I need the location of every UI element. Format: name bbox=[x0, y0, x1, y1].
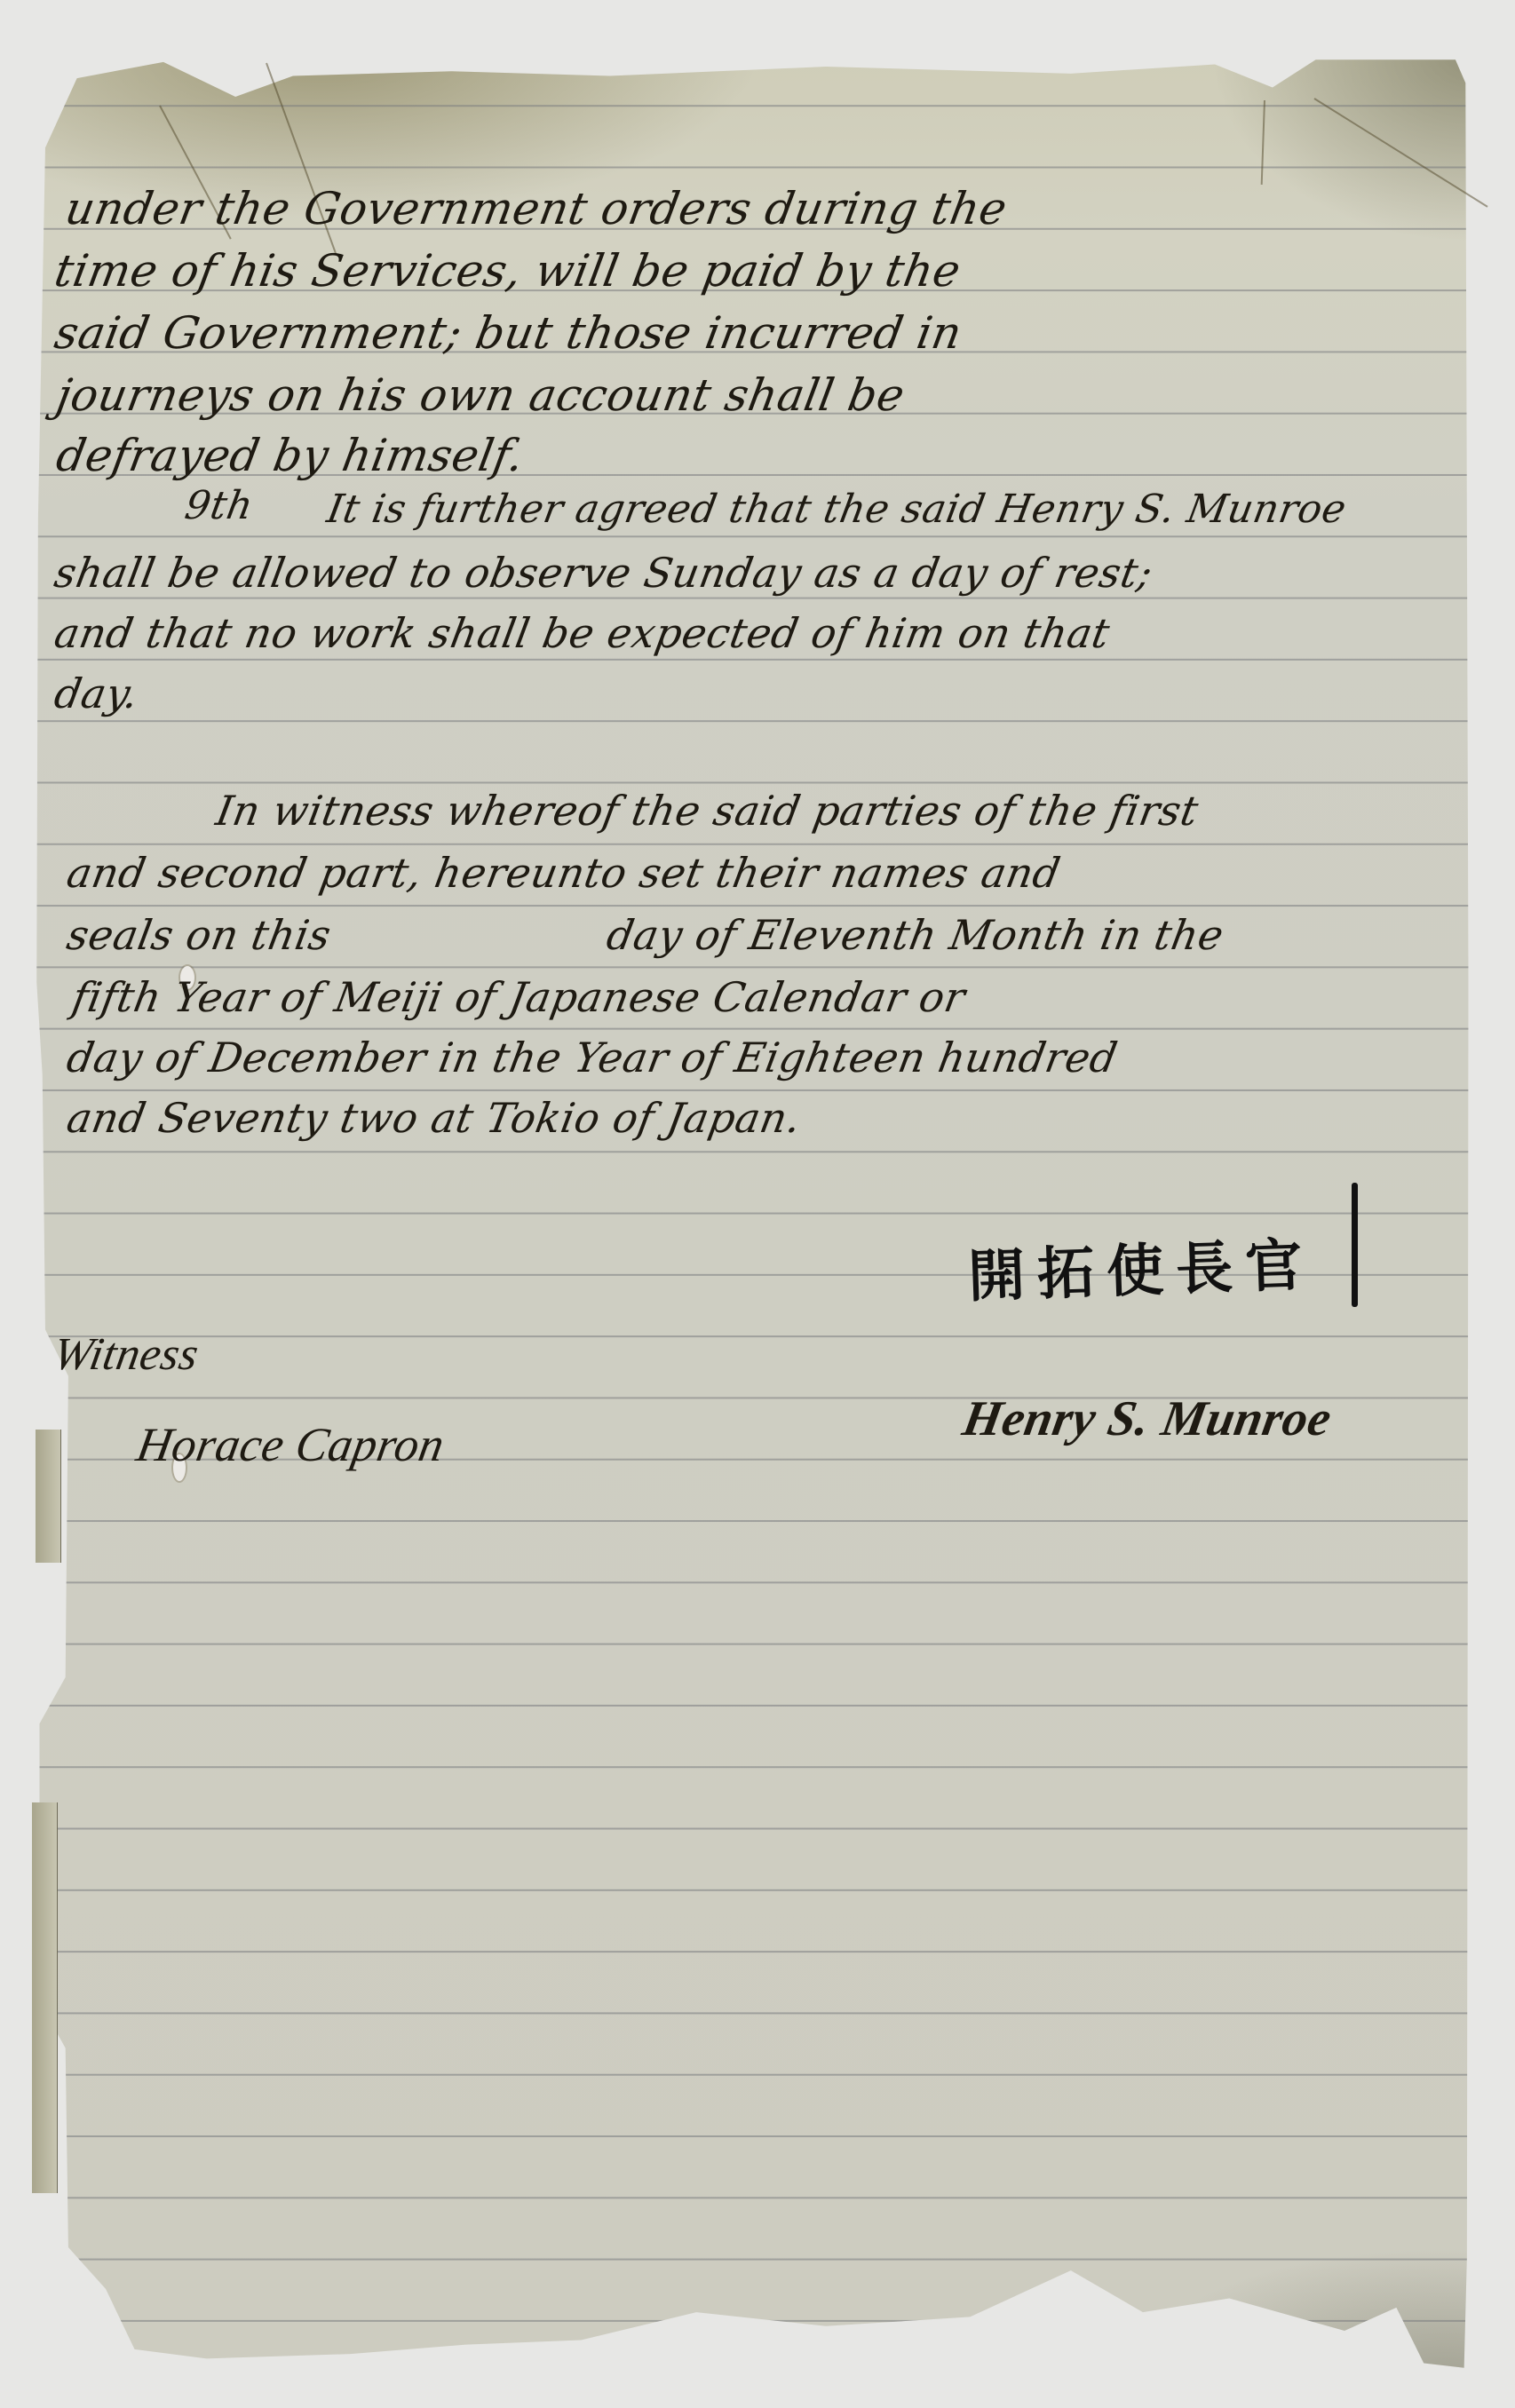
repair-strip bbox=[36, 1430, 61, 1563]
text-line: fifth Year of Meiji of Japanese Calendar… bbox=[69, 977, 968, 1018]
text-line: journeys on his own account shall be bbox=[53, 373, 908, 417]
signer-signature: Henry S. Munroe bbox=[959, 1394, 1335, 1444]
seal-stroke bbox=[1352, 1183, 1358, 1307]
text-line: and that no work shall be expected of hi… bbox=[52, 613, 1113, 653]
text-line: seals on this bbox=[64, 915, 334, 955]
text-line: In witness whereof the said parties of t… bbox=[213, 790, 1202, 831]
witness-label: Witness bbox=[50, 1332, 202, 1378]
text-line: day. bbox=[52, 673, 141, 714]
text-line: It is further agreed that the said Henry… bbox=[324, 490, 1349, 529]
text-line: and second part, hereunto set their name… bbox=[64, 852, 1064, 893]
text-line: shall be allowed to observe Sunday as a … bbox=[52, 552, 1155, 593]
japanese-signature: 開拓使長官 bbox=[967, 1219, 1316, 1313]
text-line: under the Government orders during the bbox=[62, 186, 1011, 231]
repair-strip bbox=[32, 1802, 58, 2193]
clause-number: 9th bbox=[182, 487, 256, 526]
text-line: day of December in the Year of Eighteen … bbox=[64, 1037, 1121, 1078]
text-line: and Seventy two at Tokio of Japan. bbox=[64, 1097, 805, 1138]
text-line: time of his Services, will be paid by th… bbox=[52, 249, 964, 293]
text-line: day of Eleventh Month in the bbox=[604, 915, 1226, 955]
text-line: said Government; but those incurred in bbox=[52, 311, 965, 355]
witness-signature: Horace Capron bbox=[133, 1421, 448, 1469]
text-line: defrayed by himself. bbox=[53, 433, 527, 478]
scanned-document: under the Government orders during the t… bbox=[0, 0, 1515, 2408]
